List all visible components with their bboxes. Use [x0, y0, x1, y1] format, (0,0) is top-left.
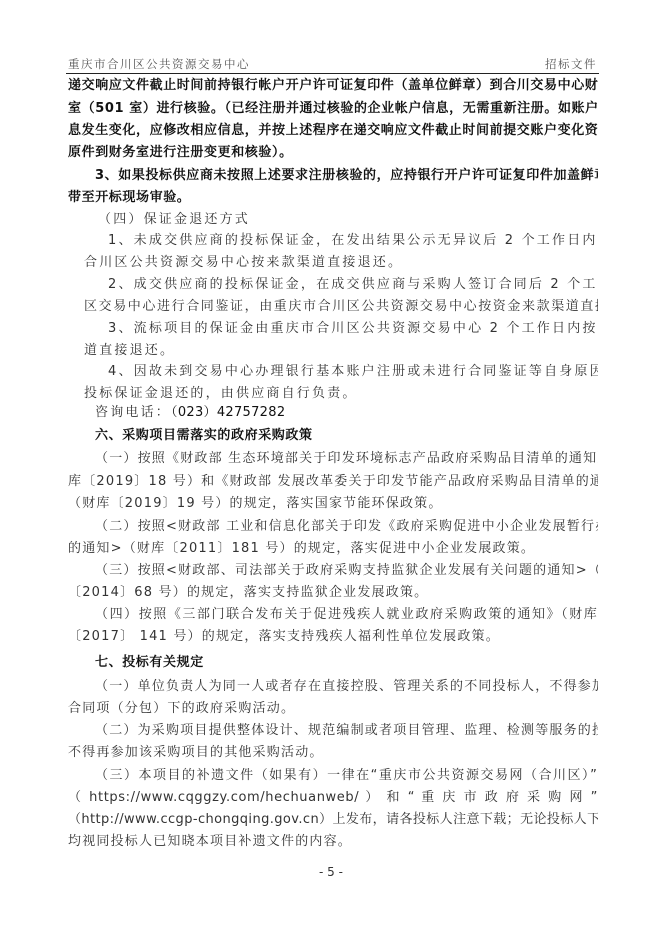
refund-item-cont: 投标保证金退还的，由供应商自行负责。: [84, 385, 600, 403]
page-number: - 5 -: [0, 865, 662, 879]
header-org: 重庆市合川区公共资源交易中心: [68, 56, 250, 72]
document-page: 重庆市合川区公共资源交易中心 招标文件 递交响应文件截止时间前持银行帐户开户许可…: [0, 0, 662, 936]
policy-item: （一）按照《财政部 生态环境部关于印发环境标志产品政府采购品目清单的通知》（财: [95, 450, 598, 468]
section6-title: 六、采购项目需落实的政府采购政策: [95, 427, 625, 445]
rule-item-cont: 合同项（分包）下的政府采购活动。: [68, 700, 598, 718]
rule-item-cont: 不得再参加该采购项目的其他采购活动。: [68, 744, 598, 762]
intro-line: 息发生变化，应修改相应信息，并按上述程序在递交响应文件截止时间前提交账户变化资料: [68, 122, 598, 140]
rule-item: （一）单位负责人为同一人或者存在直接控股、管理关系的不同投标人，不得参加同一: [95, 678, 598, 696]
refund-item: 1、未成交供应商的投标保证金，在发出结果公示无异议后 2 个工作日内，由重庆市: [108, 232, 598, 250]
refund-item: 3、流标项目的保证金由重庆市合川区公共资源交易中心 2 个工作日内按资金来款渠: [108, 320, 598, 338]
intro-line: 3、如果投标供应商未按照上述要求注册核验的，应持银行开户许可证复印件加盖鲜章: [95, 167, 598, 185]
contact-phone: （023）42757282: [171, 405, 285, 420]
contact-label: 咨询电话：: [95, 405, 171, 420]
refund-item: 4、因故未到交易中心办理银行基本账户注册或未进行合同鉴证等自身原因而耽误了: [108, 363, 598, 381]
refund-item-cont: 区交易中心进行合同鉴证，由重庆市合川区公共资源交易中心按资金来款渠道直接退还。: [84, 298, 598, 316]
intro-line: 带至开标现场审验。: [68, 189, 598, 207]
rule-item-cont: 均视同投标人已知晓本项目补遗文件的内容。: [68, 833, 598, 851]
rule-item: （二）为采购项目提供整体设计、规范编制或者项目管理、监理、检测等服务的投标人，: [95, 722, 598, 740]
intro-line: 原件到财务室进行注册变更和核验）。: [68, 144, 598, 162]
policy-item-cont: 的通知>（财库〔2011〕181 号）的规定，落实促进中小企业发展政策。: [68, 540, 598, 558]
header-doc-type: 招标文件: [545, 56, 597, 72]
policy-item-cont: 库〔2019〕18 号）和《财政部 发展改革委关于印发节能产品政府采购品目清单的…: [68, 473, 598, 491]
rule-item: （三）本项目的补遗文件（如果有）一律在“重庆市公共资源交易网（合川区）”: [95, 767, 598, 785]
policy-item-cont: 〔2017〕 141 号）的规定，落实支持残疾人福利性单位发展政策。: [68, 628, 598, 646]
intro-line: 室（501 室）进行核验。（已经注册并通过核验的企业帐户信息，无需重新注册。如账…: [68, 100, 598, 118]
policy-item: （二）按照<财政部 工业和信息化部关于印发《政府采购促进中小企业发展暂行办法》: [95, 518, 598, 536]
rule-item-url-line: （ https://www.cqggzy.com/hechuanweb/ ） 和…: [68, 789, 598, 807]
intro-line: 递交响应文件截止时间前持银行帐户开户许可证复印件（盖单位鲜章）到合川交易中心财务: [68, 77, 598, 95]
policy-item: （三）按照<财政部、司法部关于政府采购支持监狱企业发展有关问题的通知>（财库: [95, 562, 598, 580]
section7-title: 七、投标有关规定: [95, 654, 625, 672]
policy-item: （四）按照《三部门联合发布关于促进残疾人就业政府采购政策的通知》（财库: [95, 606, 598, 624]
policy-item-cont: 〔2014〕68 号）的规定，落实支持监狱企业发展政策。: [68, 584, 598, 602]
contact-line: 咨询电话：（023）42757282: [95, 404, 625, 422]
refund-item-cont: 合川区公共资源交易中心按来款渠道直接退还。: [84, 254, 600, 272]
rule-item-url-line: （http://www.ccgp-chongqing.gov.cn）上发布，请各…: [68, 811, 598, 829]
policy-item-cont: （财库〔2019〕19 号）的规定，落实国家节能环保政策。: [68, 495, 598, 513]
refund-item-cont: 道直接退还。: [84, 342, 600, 360]
refund-item: 2、成交供应商的投标保证金，在成交供应商与采购人签订合同后 2 个工作日内送至: [108, 276, 598, 294]
refund-title: （四）保证金退还方式: [98, 211, 614, 229]
page-header: 重庆市合川区公共资源交易中心 招标文件: [66, 55, 599, 74]
